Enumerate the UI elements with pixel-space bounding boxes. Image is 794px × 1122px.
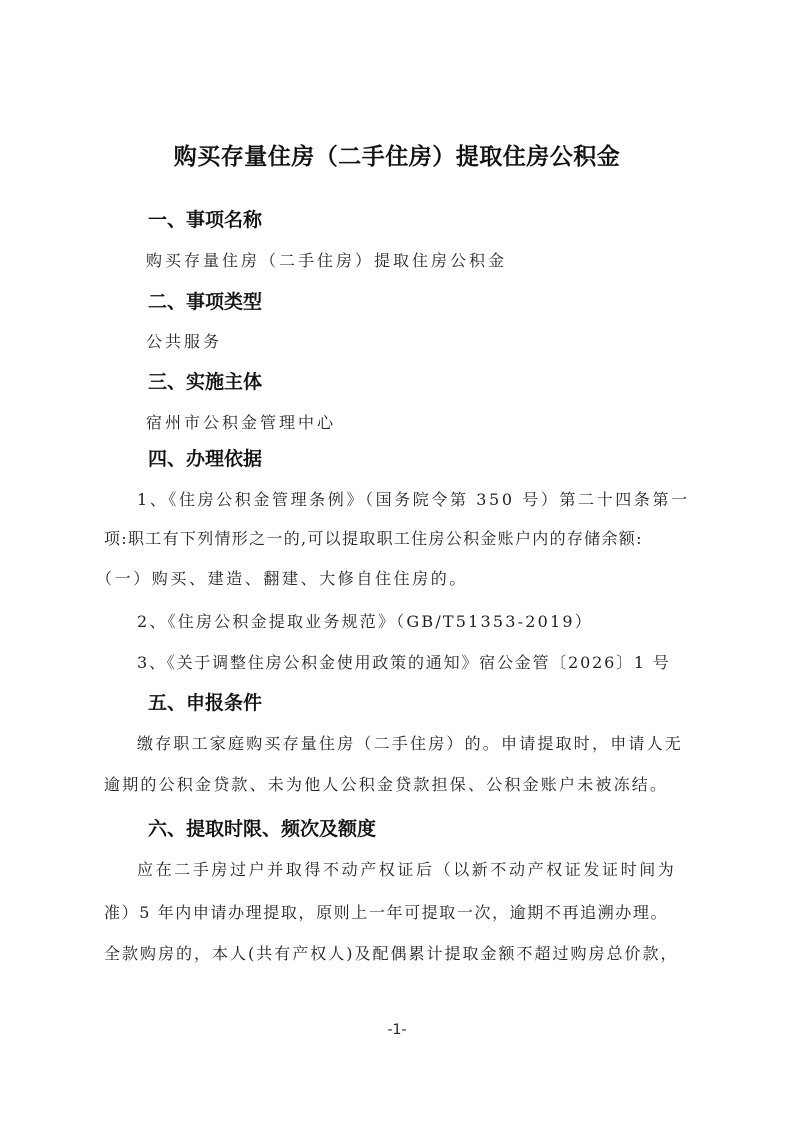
section-heading-legal-basis: 四、办理依据 <box>148 444 262 471</box>
implementing-body-text: 宿州市公积金管理中心 <box>146 410 336 433</box>
section-heading-implementing-body: 三、实施主体 <box>148 367 262 394</box>
legal-basis-line-5: 3、《关于调整住房公积金使用政策的通知》宿公金管〔2026〕1 号 <box>137 650 671 673</box>
legal-basis-line-3: （一）购买、建造、翻建、大修自住住房的。 <box>96 566 468 589</box>
item-name-text: 购买存量住房（二手住房）提取住房公积金 <box>146 248 507 271</box>
document-title: 购买存量住房（二手住房）提取住房公积金 <box>0 138 794 171</box>
legal-basis-line-4: 2、《住房公积金提取业务规范》（GB/T51353-2019） <box>137 609 593 632</box>
legal-basis-line-1: 1、《住房公积金管理条例》（国务院令第 350 号）第二十四条第一 <box>137 487 690 510</box>
legal-basis-line-2: 项:职工有下列情形之一的,可以提取职工住房公积金账户内的存储余额: <box>104 526 643 549</box>
document-page: 购买存量住房（二手住房）提取住房公积金 一、事项名称 购买存量住房（二手住房）提… <box>0 0 794 1122</box>
section-heading-item-name: 一、事项名称 <box>148 205 262 232</box>
conditions-line-1: 缴存职工家庭购买存量住房（二手住房）的。申请提取时，申请人无 <box>137 731 683 754</box>
conditions-line-2: 逾期的公积金贷款、未为他人公积金贷款担保、公积金账户未被冻结。 <box>104 772 668 795</box>
item-type-text: 公共服务 <box>146 329 222 352</box>
page-number: -1- <box>0 1022 794 1038</box>
section-heading-conditions: 五、申报条件 <box>148 688 262 715</box>
section-heading-time-limit: 六、提取时限、频次及额度 <box>148 814 376 841</box>
section-heading-item-type: 二、事项类型 <box>148 287 262 314</box>
time-limit-line-2: 准）5 年内申请办理提取，原则上一年可提取一次，逾期不再追溯办理。 <box>104 900 668 923</box>
time-limit-line-1: 应在二手房过户并取得不动产权证后（以新不动产权证发证时间为 <box>137 857 676 880</box>
time-limit-line-3: 全款购房的，本人(共有产权人)及配偶累计提取金额不超过购房总价款， <box>104 941 679 964</box>
